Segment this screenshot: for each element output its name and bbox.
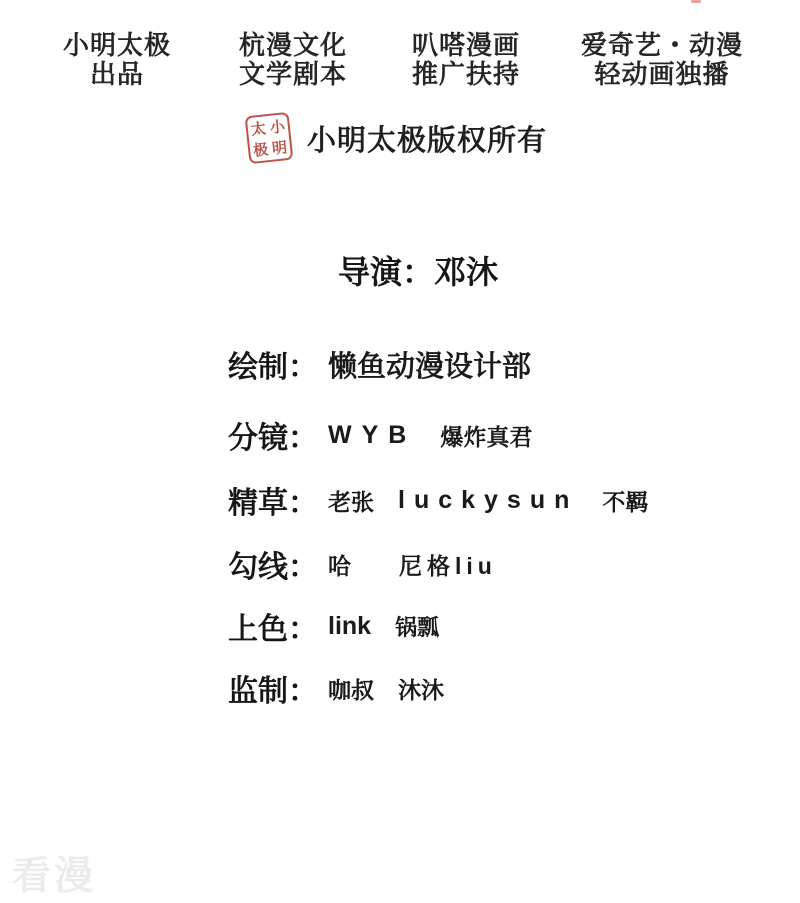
credit-row-supervisor: 监制： 咖叔 沐沐	[228, 666, 444, 710]
top-edge-red-artifact	[691, 0, 701, 3]
credit-name: 锅瓢	[395, 611, 439, 642]
red-seal-stamp-icon: 小 明 太 极	[245, 112, 294, 164]
credit-name: luckysun	[398, 486, 578, 515]
partner-name: 叭嗒漫画	[412, 31, 520, 60]
partner-role: 出品	[63, 60, 171, 89]
copyright-line: 小 明 太 极 小明太极版权所有	[247, 114, 547, 162]
credit-label: 分镜：	[228, 413, 318, 457]
credit-name: WYB	[328, 421, 416, 450]
partner-name: 杭漫文化	[239, 31, 347, 60]
credit-name: 懒鱼动漫设计部	[328, 344, 531, 385]
partner-name: 爱奇艺・动漫	[581, 31, 743, 60]
comic-credits-page: 小明太极 出品 杭漫文化 文学剧本 叭嗒漫画 推广扶持 爱奇艺・动漫 轻动画独播…	[0, 0, 800, 903]
credit-director: 导演：邓沐	[338, 247, 498, 293]
credit-name: 不羁	[602, 484, 648, 517]
seal-char: 极	[252, 138, 269, 160]
credit-row-lineart: 勾线： 哈 尼格liu	[228, 542, 497, 586]
kanman-watermark: 看漫	[12, 845, 96, 901]
credit-name: 咖叔	[328, 672, 374, 705]
credit-name: 哈	[328, 548, 351, 581]
credit-label: 绘制：	[228, 342, 318, 386]
partner-block-bada: 叭嗒漫画 推广扶持	[412, 31, 520, 89]
partner-block-hangman: 杭漫文化 文学剧本	[239, 31, 347, 89]
credit-row-coloring: 上色： link 锅瓢	[228, 604, 439, 648]
credit-row-art: 绘制： 懒鱼动漫设计部	[228, 342, 531, 386]
credit-name: 尼格liu	[399, 548, 497, 581]
partner-role: 文学剧本	[239, 60, 347, 89]
credit-row-rough-draft: 精草： 老张 luckysun 不羁	[228, 478, 648, 522]
partner-block-iqiyi: 爱奇艺・动漫 轻动画独播	[581, 31, 743, 89]
credit-name: 邓沐	[434, 254, 498, 290]
seal-char: 明	[271, 136, 288, 158]
credit-label: 导演：	[338, 254, 434, 290]
credit-row-storyboard: 分镜： WYB 爆炸真君	[228, 413, 532, 457]
partner-block-xiaomingtaiji: 小明太极 出品	[63, 31, 171, 89]
partner-name: 小明太极	[63, 31, 171, 60]
partner-role: 推广扶持	[412, 60, 520, 89]
credit-label: 监制：	[228, 666, 318, 710]
partner-role: 轻动画独播	[581, 60, 743, 89]
credit-label: 上色：	[228, 604, 318, 648]
credit-name: 老张	[328, 484, 374, 517]
credit-label: 精草：	[228, 478, 318, 522]
seal-char: 小	[269, 115, 286, 137]
credit-name: link	[328, 612, 371, 641]
credit-label: 勾线：	[228, 542, 318, 586]
credit-name: 爆炸真君	[440, 419, 532, 452]
credit-name: 沐沐	[398, 672, 444, 705]
copyright-text: 小明太极版权所有	[307, 118, 547, 159]
seal-char: 太	[250, 117, 267, 139]
